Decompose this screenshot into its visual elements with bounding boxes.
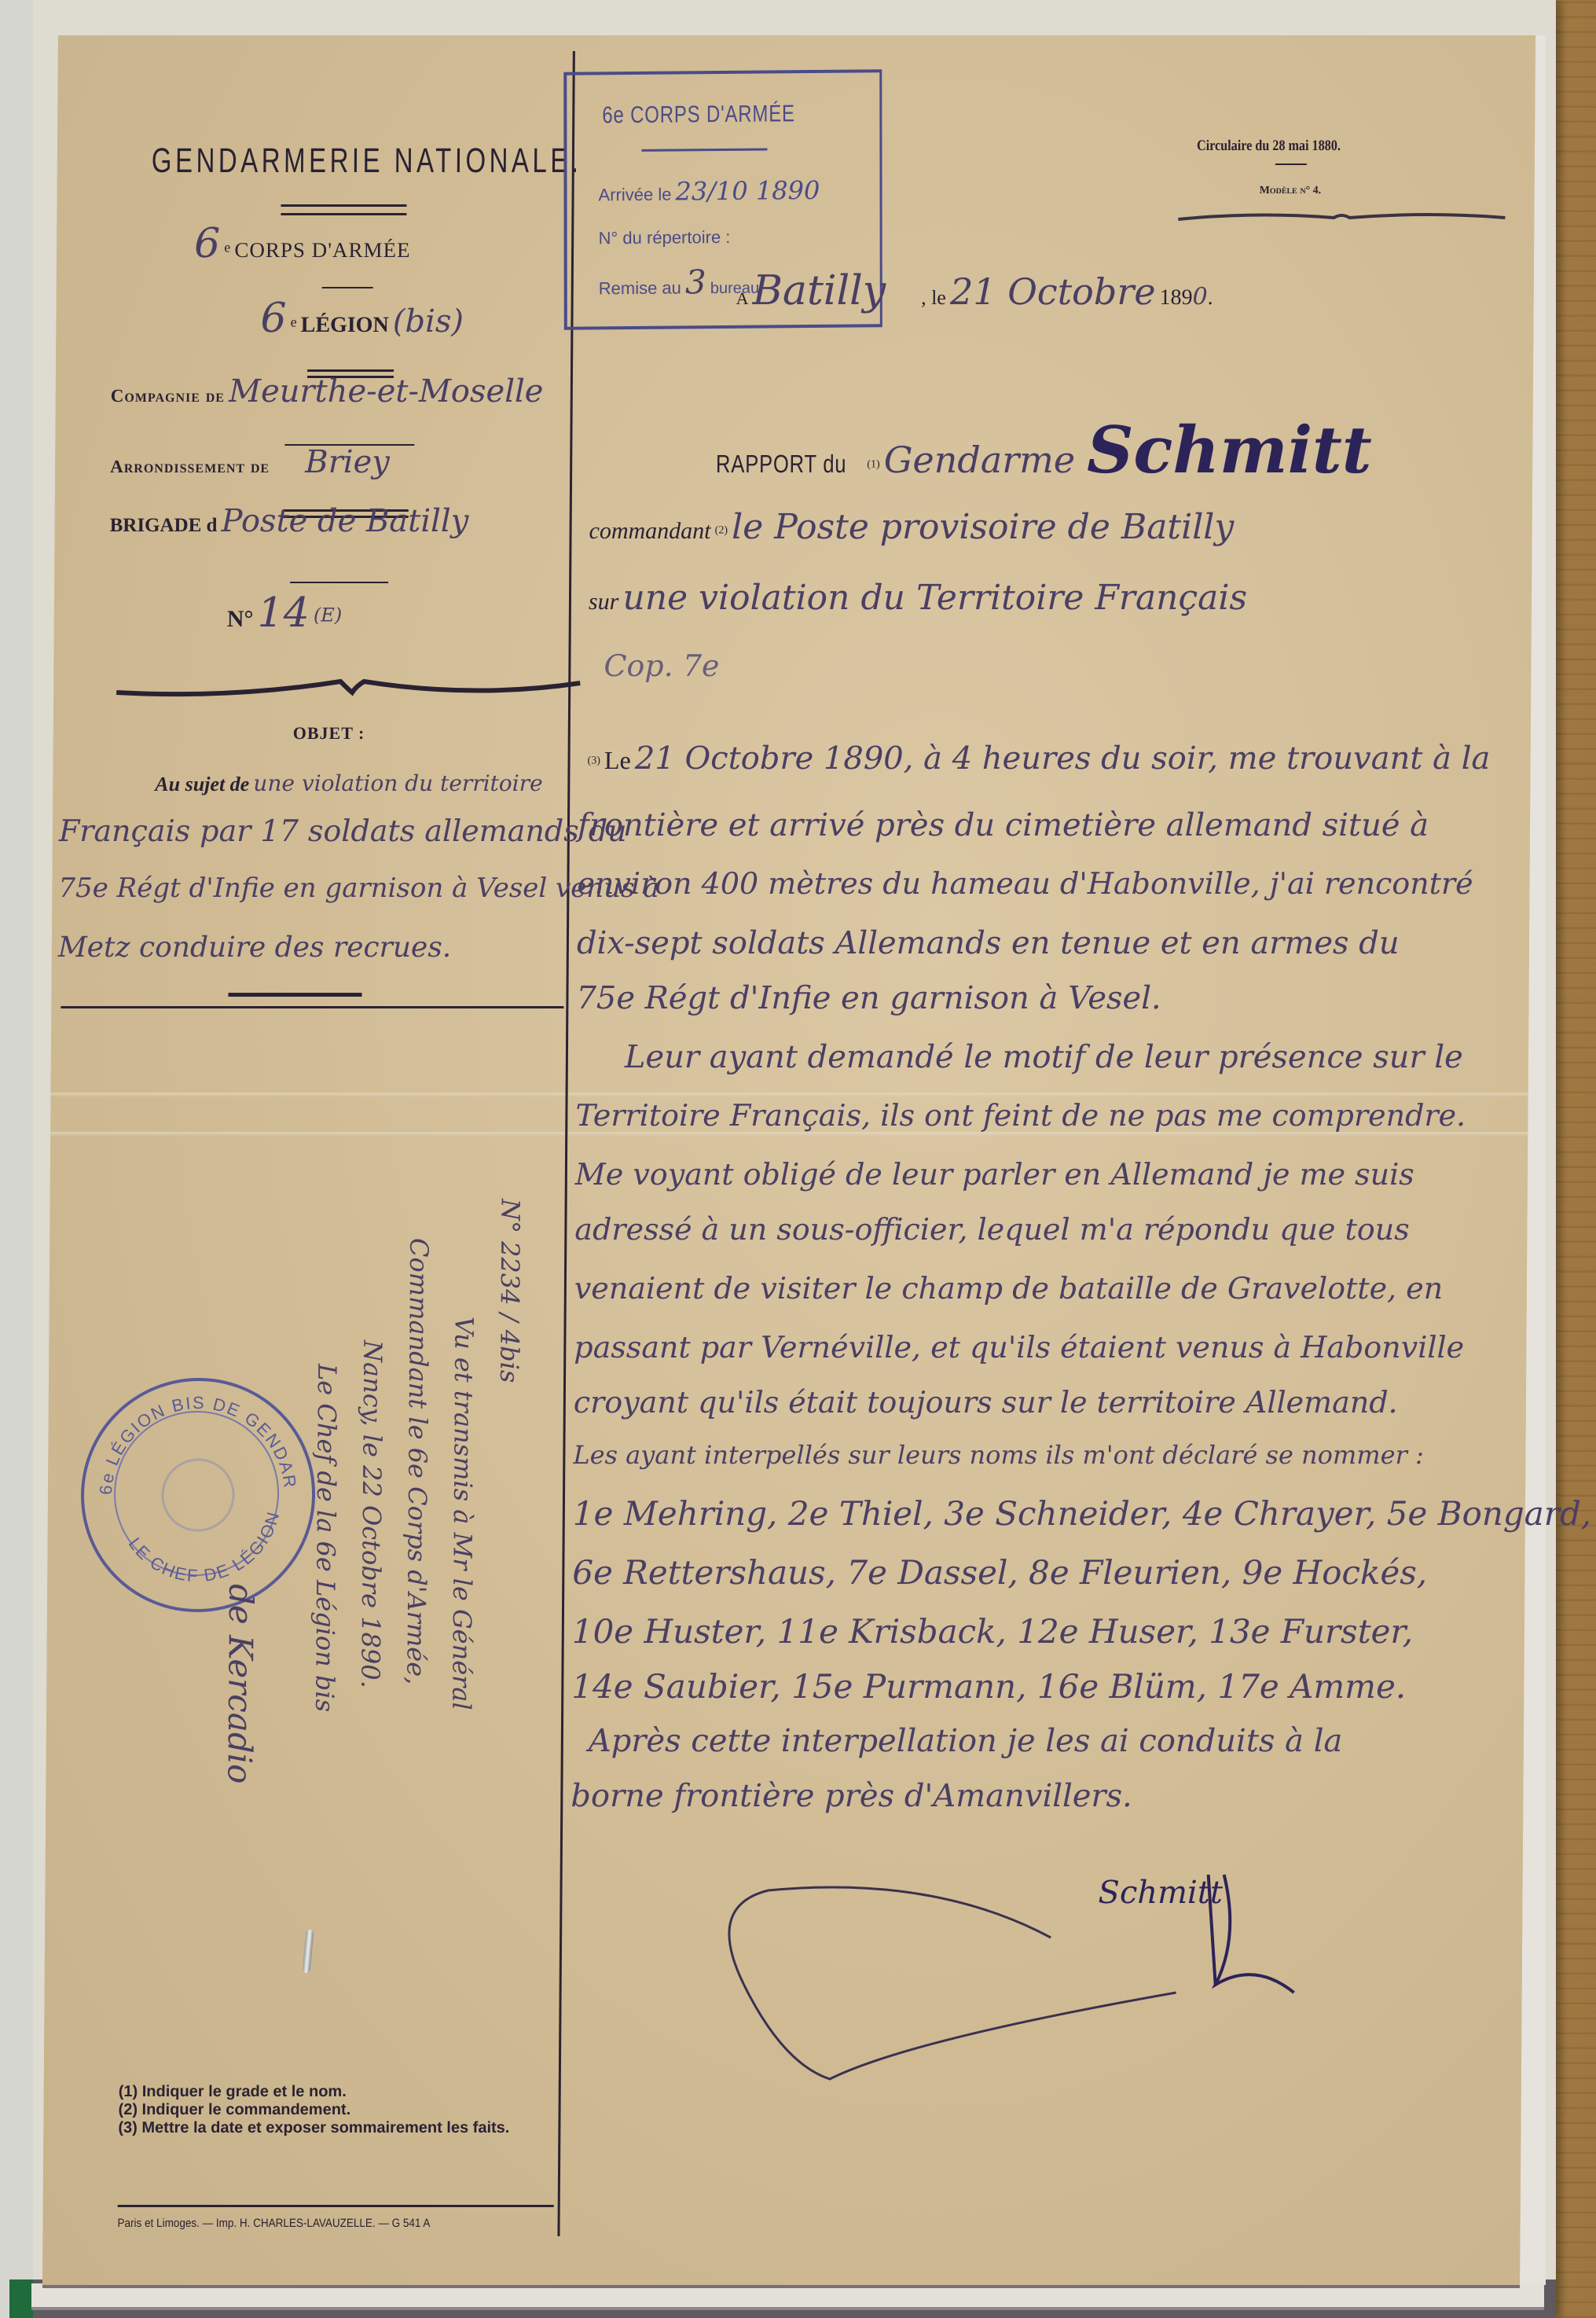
legion-label: LÉGION	[301, 313, 389, 337]
body-line: 1e Mehring, 2e Thiel, 3e Schneider, 4e C…	[573, 1497, 1592, 1530]
place-value: Batilly	[753, 267, 886, 314]
body-line: borne frontière près d'Amanvillers.	[571, 1780, 1132, 1812]
body-line: 10e Huster, 11e Krisback, 12e Huser, 13e…	[572, 1615, 1414, 1648]
stamp-repertoire-label: N° du répertoire :	[599, 227, 731, 248]
legion-suffix: e	[291, 314, 297, 330]
margin-note: N° 2234 / 4bis Vu et transmis à Mr le Gé…	[216, 1144, 534, 1784]
rule	[290, 582, 388, 583]
brigade-value: Poste de Batilly	[221, 503, 468, 539]
rapport-line: RAPPORT du (1) Gendarme Schmitt	[699, 413, 1372, 488]
compagnie-line: Compagnie de Meurthe-et-Moselle	[111, 373, 544, 410]
document-sheet: GENDARMERIE NATIONALE. 6 e CORPS D'ARMÉE…	[42, 35, 1535, 2288]
pin-fastener	[302, 1930, 314, 1974]
body-line: Les ayant interpellés sur leurs noms ils…	[573, 1442, 1424, 1468]
stamp-arrivee-label: Arrivée le	[599, 185, 672, 205]
stamp-arrivee: Arrivée le 23/10 1890	[598, 175, 820, 207]
legion-number: 6	[260, 295, 287, 342]
margin-note-line: Commandant le 6e Corps d'Armée,	[392, 1144, 442, 1784]
objet-divider	[61, 1006, 563, 1008]
stamp-arrivee-value: 23/10 1890	[676, 175, 820, 207]
rule	[228, 993, 361, 997]
body-line: 14e Saubier, 15e Purmann, 16e Blüm, 17e …	[571, 1670, 1406, 1703]
brigade-line: BRIGADE d Poste de Batilly	[110, 503, 469, 539]
footnote-ref-1: (1)	[867, 459, 879, 471]
body-line: Leur ayant demandé le motif de leur prés…	[625, 1041, 1463, 1073]
objet-text: Français par 17 soldats allemands du	[59, 814, 627, 848]
place-prefix: A	[736, 288, 749, 308]
objet-line-1: Au sujet de une violation du territoire	[155, 770, 542, 796]
commandant-value: le Poste provisoire de Batilly	[732, 507, 1234, 547]
body-line: 21 Octobre 1890, à 4 heures du soir, me …	[635, 740, 1491, 777]
stamp-remise: Remise au 3 bureau	[599, 263, 759, 303]
rapport-name: Schmitt	[1087, 413, 1372, 488]
objet-text: Metz conduire des recrues.	[58, 931, 452, 964]
objet-text: 75e Régt d'Infie en garnison à Vesel ven…	[58, 872, 659, 904]
rule	[322, 287, 373, 288]
arrondissement-label: Arrondissement de	[110, 457, 270, 476]
margin-note-reference: N° 2234 / 4bis	[483, 1144, 534, 1784]
number-value: 14	[257, 590, 310, 637]
sur-label: sur	[589, 589, 619, 615]
compagnie-value: Meurthe-et-Moselle	[229, 373, 544, 410]
body-line: adressé à un sous-officier, lequel m'a r…	[574, 1214, 1410, 1244]
date-le: , le	[921, 286, 946, 309]
printer-imprint: Paris et Limoges. — Imp. H. CHARLES-LAVA…	[118, 2217, 431, 2230]
signature: Schmitt	[1098, 1875, 1223, 1911]
objet-label: OBJET :	[293, 723, 365, 744]
body-line: passant par Vernéville, et qu'ils étaien…	[574, 1332, 1464, 1362]
body-line: venaient de visiter le champ de bataille…	[574, 1273, 1444, 1303]
modele-ornament-icon	[1176, 210, 1506, 226]
stamp-title: 6e CORPS D'ARMÉE	[602, 101, 795, 129]
arrondissement-line: Arrondissement de Briey	[110, 444, 390, 480]
rapport-label: RAPPORT du	[716, 450, 847, 479]
place-date-line: A Batilly , le 21 Octobre 1890.	[736, 267, 1213, 314]
modele-line: Modèle n° 4.	[1260, 185, 1322, 197]
rule	[1275, 163, 1307, 165]
body-line: dix-sept soldats Allemands en tenue et e…	[577, 928, 1400, 959]
brigade-label: BRIGADE d	[110, 515, 218, 536]
signature-flourish-icon	[673, 1843, 1381, 2095]
stamp-remise-value: 3	[685, 263, 706, 301]
footnote-ref-2: (2)	[715, 525, 728, 537]
footnote: (1) Indiquer le grade et le nom.	[119, 2083, 510, 2101]
stamp-remise-label: Remise au	[599, 277, 681, 298]
mat-left-edge	[0, 0, 33, 2318]
body-line: 6e Rettershaus, 7e Dassel, 8e Fleurien, …	[572, 1556, 1427, 1589]
legion-handwritten: (bis)	[393, 303, 464, 340]
body-line: environ 400 mètres du hameau d'Habonvill…	[577, 869, 1473, 898]
legion-line: 6 e LÉGION (bis)	[260, 295, 464, 342]
copy-annotation: Cop. 7e	[604, 648, 719, 683]
date-end: .	[1208, 285, 1213, 310]
body-line: 75e Régt d'Infie en garnison à Vesel.	[576, 983, 1161, 1014]
margin-note-signature: de Kercadio	[216, 1144, 266, 1784]
margin-note-line: Nancy, le 22 Octobre 1890.	[347, 1144, 397, 1784]
green-folder-tab	[9, 2279, 33, 2318]
year-print: 189	[1159, 285, 1192, 310]
margin-note-line: Vu et transmis à Mr le Général	[438, 1144, 488, 1784]
objet-prefix: Au sujet de	[155, 773, 249, 795]
number-line: N° 14 (E)	[227, 590, 343, 637]
rapport-rank: Gendarme	[884, 439, 1076, 481]
footnote: (2) Indiquer le commandement.	[118, 2101, 509, 2119]
body-line: Me voyant obligé de leur parler en Allem…	[575, 1159, 1414, 1189]
number-suffix: (E)	[314, 604, 342, 626]
compagnie-label: Compagnie de	[111, 386, 225, 406]
body-line: Territoire Français, ils ont feint de ne…	[575, 1100, 1466, 1130]
number-label: N°	[227, 606, 254, 632]
header-title: GENDARMERIE NATIONALE.	[152, 141, 582, 181]
commandant-label: commandant	[589, 518, 710, 544]
circulaire-line: Circulaire du 28 mai 1880.	[1197, 138, 1341, 155]
date-value: 21 Octobre	[950, 270, 1156, 313]
body-line: Après cette interpellation je les ai con…	[589, 1725, 1343, 1757]
paper-fold-line	[51, 1093, 1528, 1097]
footnote: (3) Mettre la date et exposer sommaireme…	[118, 2119, 509, 2137]
footnote-ref-3: (3)	[588, 755, 600, 767]
sur-line: sur une violation du Territoire Français	[589, 578, 1247, 618]
objet-text: une violation du territoire	[253, 770, 542, 796]
body-le-label: Le	[604, 746, 631, 774]
corps-number: 6	[194, 220, 221, 267]
corps-line: 6 e CORPS D'ARMÉE	[194, 220, 411, 267]
stamp-rule	[641, 149, 767, 152]
corps-label: CORPS D'ARMÉE	[234, 238, 410, 262]
margin-note-line: Le Chef de la 6e Légion bis	[301, 1144, 351, 1784]
body-line: croyant qu'ils était toujours sur le ter…	[574, 1387, 1398, 1417]
ornament-divider-icon	[112, 670, 584, 702]
footnotes: (1) Indiquer le grade et le nom. (2) Ind…	[118, 2083, 509, 2137]
year-hand: 0	[1192, 283, 1207, 310]
double-rule	[281, 204, 406, 215]
sur-value: une violation du Territoire Français	[622, 578, 1247, 618]
rule	[118, 2205, 554, 2207]
commandant-line: commandant (2) le Poste provisoire de Ba…	[589, 507, 1234, 547]
body-first-line: (3) Le 21 Octobre 1890, à 4 heures du so…	[587, 743, 1490, 775]
column-divider	[557, 51, 574, 2236]
body-line: frontière et arrivé près du cimetière al…	[578, 810, 1429, 841]
corps-suffix: e	[224, 240, 230, 255]
arrondissement-value: Briey	[305, 444, 390, 480]
